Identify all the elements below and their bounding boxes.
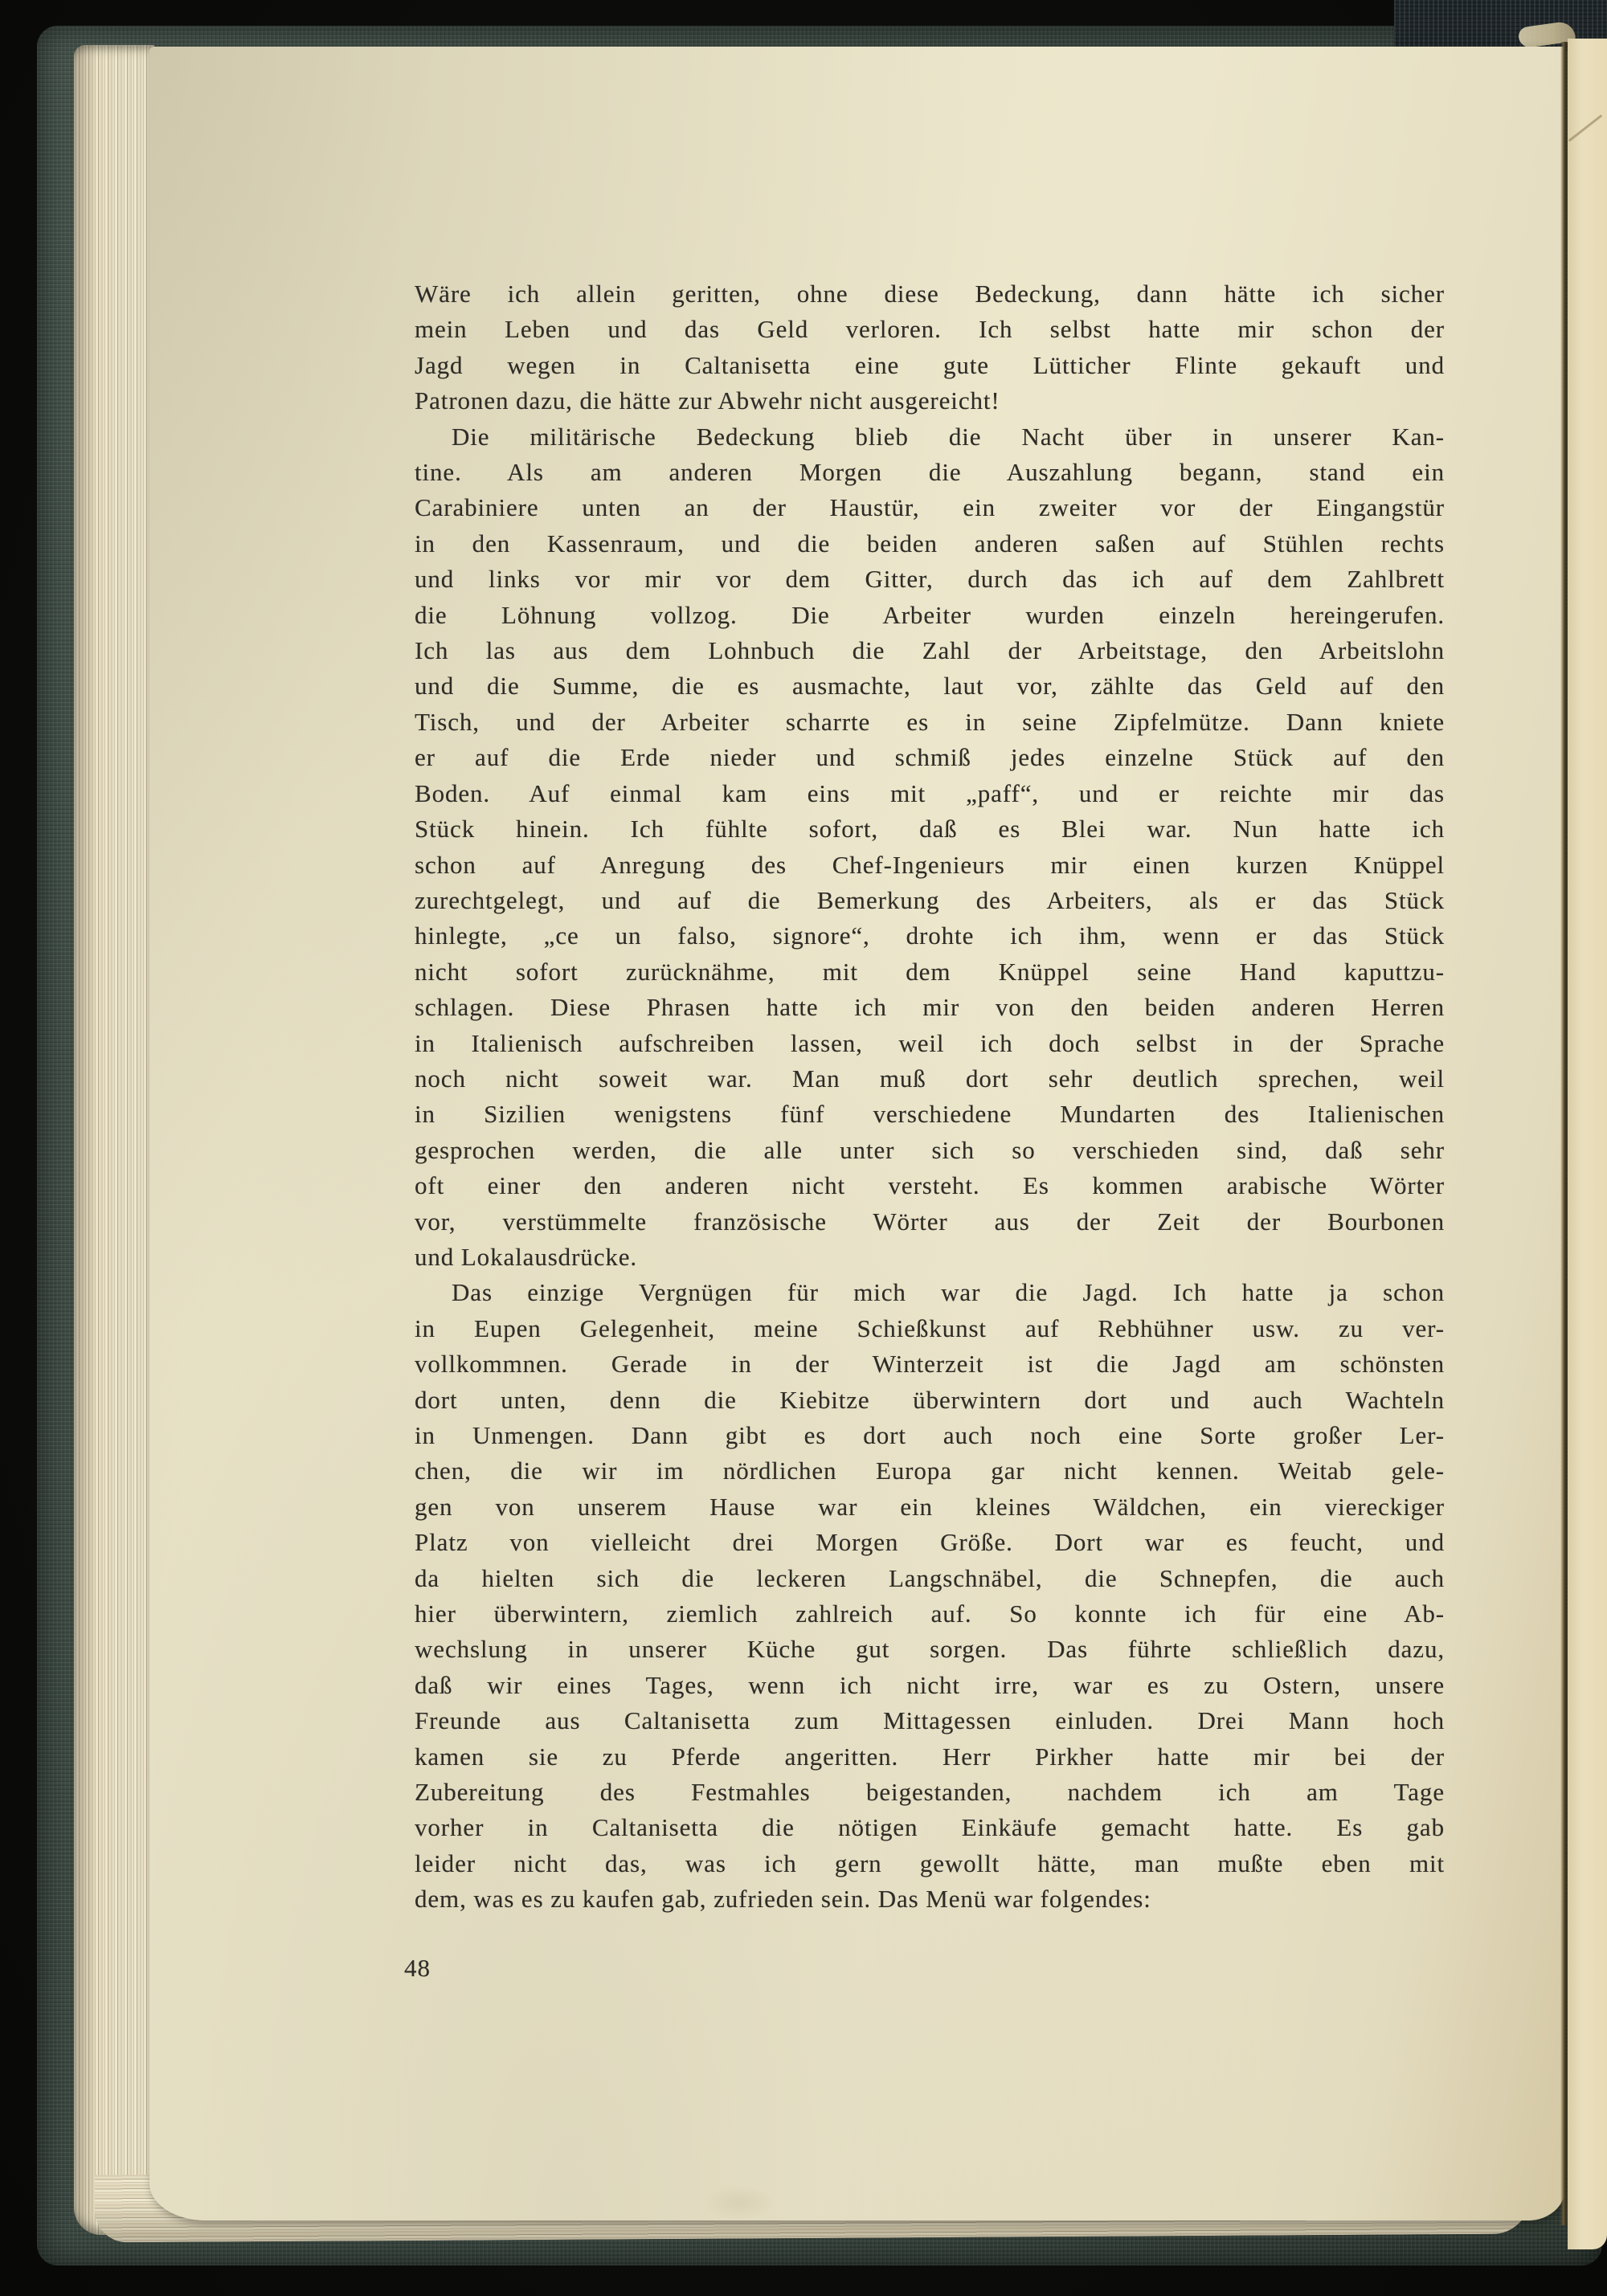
text-line: leider nicht das, was ich gern gewollt h…	[415, 1846, 1445, 1881]
book-photo: Wäre ich allein geritten, ohne diese Bed…	[0, 0, 1607, 2296]
text-line: nicht sofort zurücknähme, mit dem Knüppe…	[415, 954, 1445, 990]
text-line: dem, was es zu kaufen gab, zufrieden sei…	[415, 1881, 1445, 1917]
text-line: in Sizilien wenigstens fünf verschiedene…	[415, 1097, 1445, 1132]
text-line: in Italienisch aufschreiben lassen, weil…	[415, 1026, 1445, 1061]
text-line: gesprochen werden, die alle unter sich s…	[415, 1133, 1445, 1168]
paper-stain	[704, 2185, 776, 2220]
text-line: er auf die Erde nieder und schmiß jedes …	[415, 740, 1445, 775]
page-text: Wäre ich allein geritten, ohne diese Bed…	[415, 276, 1445, 1918]
page-edges-left	[74, 45, 154, 2235]
text-line: in den Kassenraum, und die beiden andere…	[415, 526, 1445, 562]
text-line: wechslung in unserer Küche gut sorgen. D…	[415, 1632, 1445, 1667]
text-line: Stück hinein. Ich fühlte sofort, daß es …	[415, 811, 1445, 847]
text-line: hier überwintern, ziemlich zahlreich auf…	[415, 1596, 1445, 1632]
text-line: vollkommnen. Gerade in der Winterzeit is…	[415, 1346, 1445, 1382]
text-line: Boden. Auf einmal kam eins mit „paff“, u…	[415, 776, 1445, 811]
text-line: da hielten sich die leckeren Langschnäbe…	[415, 1561, 1445, 1596]
text-line: Ich las aus dem Lohnbuch die Zahl der Ar…	[415, 633, 1445, 668]
text-line: und links vor mir vor dem Gitter, durch …	[415, 562, 1445, 597]
text-line: schlagen. Diese Phrasen hatte ich mir vo…	[415, 990, 1445, 1025]
text-line: Wäre ich allein geritten, ohne diese Bed…	[415, 276, 1445, 312]
text-line: vorher in Caltanisetta die nötigen Einkä…	[415, 1810, 1445, 1845]
text-line: Das einzige Vergnügen für mich war die J…	[415, 1275, 1445, 1310]
text-line: oft einer den anderen nicht versteht. Es…	[415, 1168, 1445, 1203]
text-line: dort unten, denn die Kiebitze überwinter…	[415, 1383, 1445, 1418]
text-line: in Eupen Gelegenheit, meine Schießkunst …	[415, 1311, 1445, 1346]
text-line: Carabiniere unten an der Haustür, ein zw…	[415, 490, 1445, 525]
text-line: schon auf Anregung des Chef-Ingenieurs m…	[415, 848, 1445, 883]
text-line: Zubereitung des Festmahles beigestanden,…	[415, 1775, 1445, 1810]
text-line: und die Summe, die es ausmachte, laut vo…	[415, 668, 1445, 704]
text-line: noch nicht soweit war. Man muß dort sehr…	[415, 1061, 1445, 1097]
text-line: daß wir eines Tages, wenn ich nicht irre…	[415, 1668, 1445, 1703]
next-page-edge	[1568, 39, 1607, 2249]
text-line: Patronen dazu, die hätte zur Abwehr nich…	[415, 383, 1445, 419]
text-line: vor, verstümmelte französische Wörter au…	[415, 1204, 1445, 1240]
text-line: zurechtgelegt, und auf die Bemerkung des…	[415, 883, 1445, 918]
text-line: chen, die wir im nördlichen Europa gar n…	[415, 1453, 1445, 1489]
text-line: in Unmengen. Dann gibt es dort auch noch…	[415, 1418, 1445, 1453]
page-fold-line	[1568, 114, 1603, 141]
text-line: kamen sie zu Pferde angeritten. Herr Pir…	[415, 1739, 1445, 1775]
text-line: Tisch, und der Arbeiter scharrte es in s…	[415, 705, 1445, 740]
text-line: Die militärische Bedeckung blieb die Nac…	[415, 419, 1445, 455]
text-line: die Löhnung vollzog. Die Arbeiter wurden…	[415, 598, 1445, 633]
text-line: mein Leben und das Geld verloren. Ich se…	[415, 312, 1445, 347]
text-line: Jagd wegen in Caltanisetta eine gute Lüt…	[415, 348, 1445, 383]
page-number: 48	[404, 1951, 431, 1986]
text-line: gen von unserem Hause war ein kleines Wä…	[415, 1489, 1445, 1525]
text-line: tine. Als am anderen Morgen die Auszahlu…	[415, 455, 1445, 490]
text-line: Platz von vielleicht drei Morgen Größe. …	[415, 1525, 1445, 1560]
text-line: und Lokalausdrücke.	[415, 1240, 1445, 1275]
text-line: hinlegte, „ce un falso, signore“, drohte…	[415, 918, 1445, 954]
text-line: Freunde aus Caltanisetta zum Mittagessen…	[415, 1703, 1445, 1738]
